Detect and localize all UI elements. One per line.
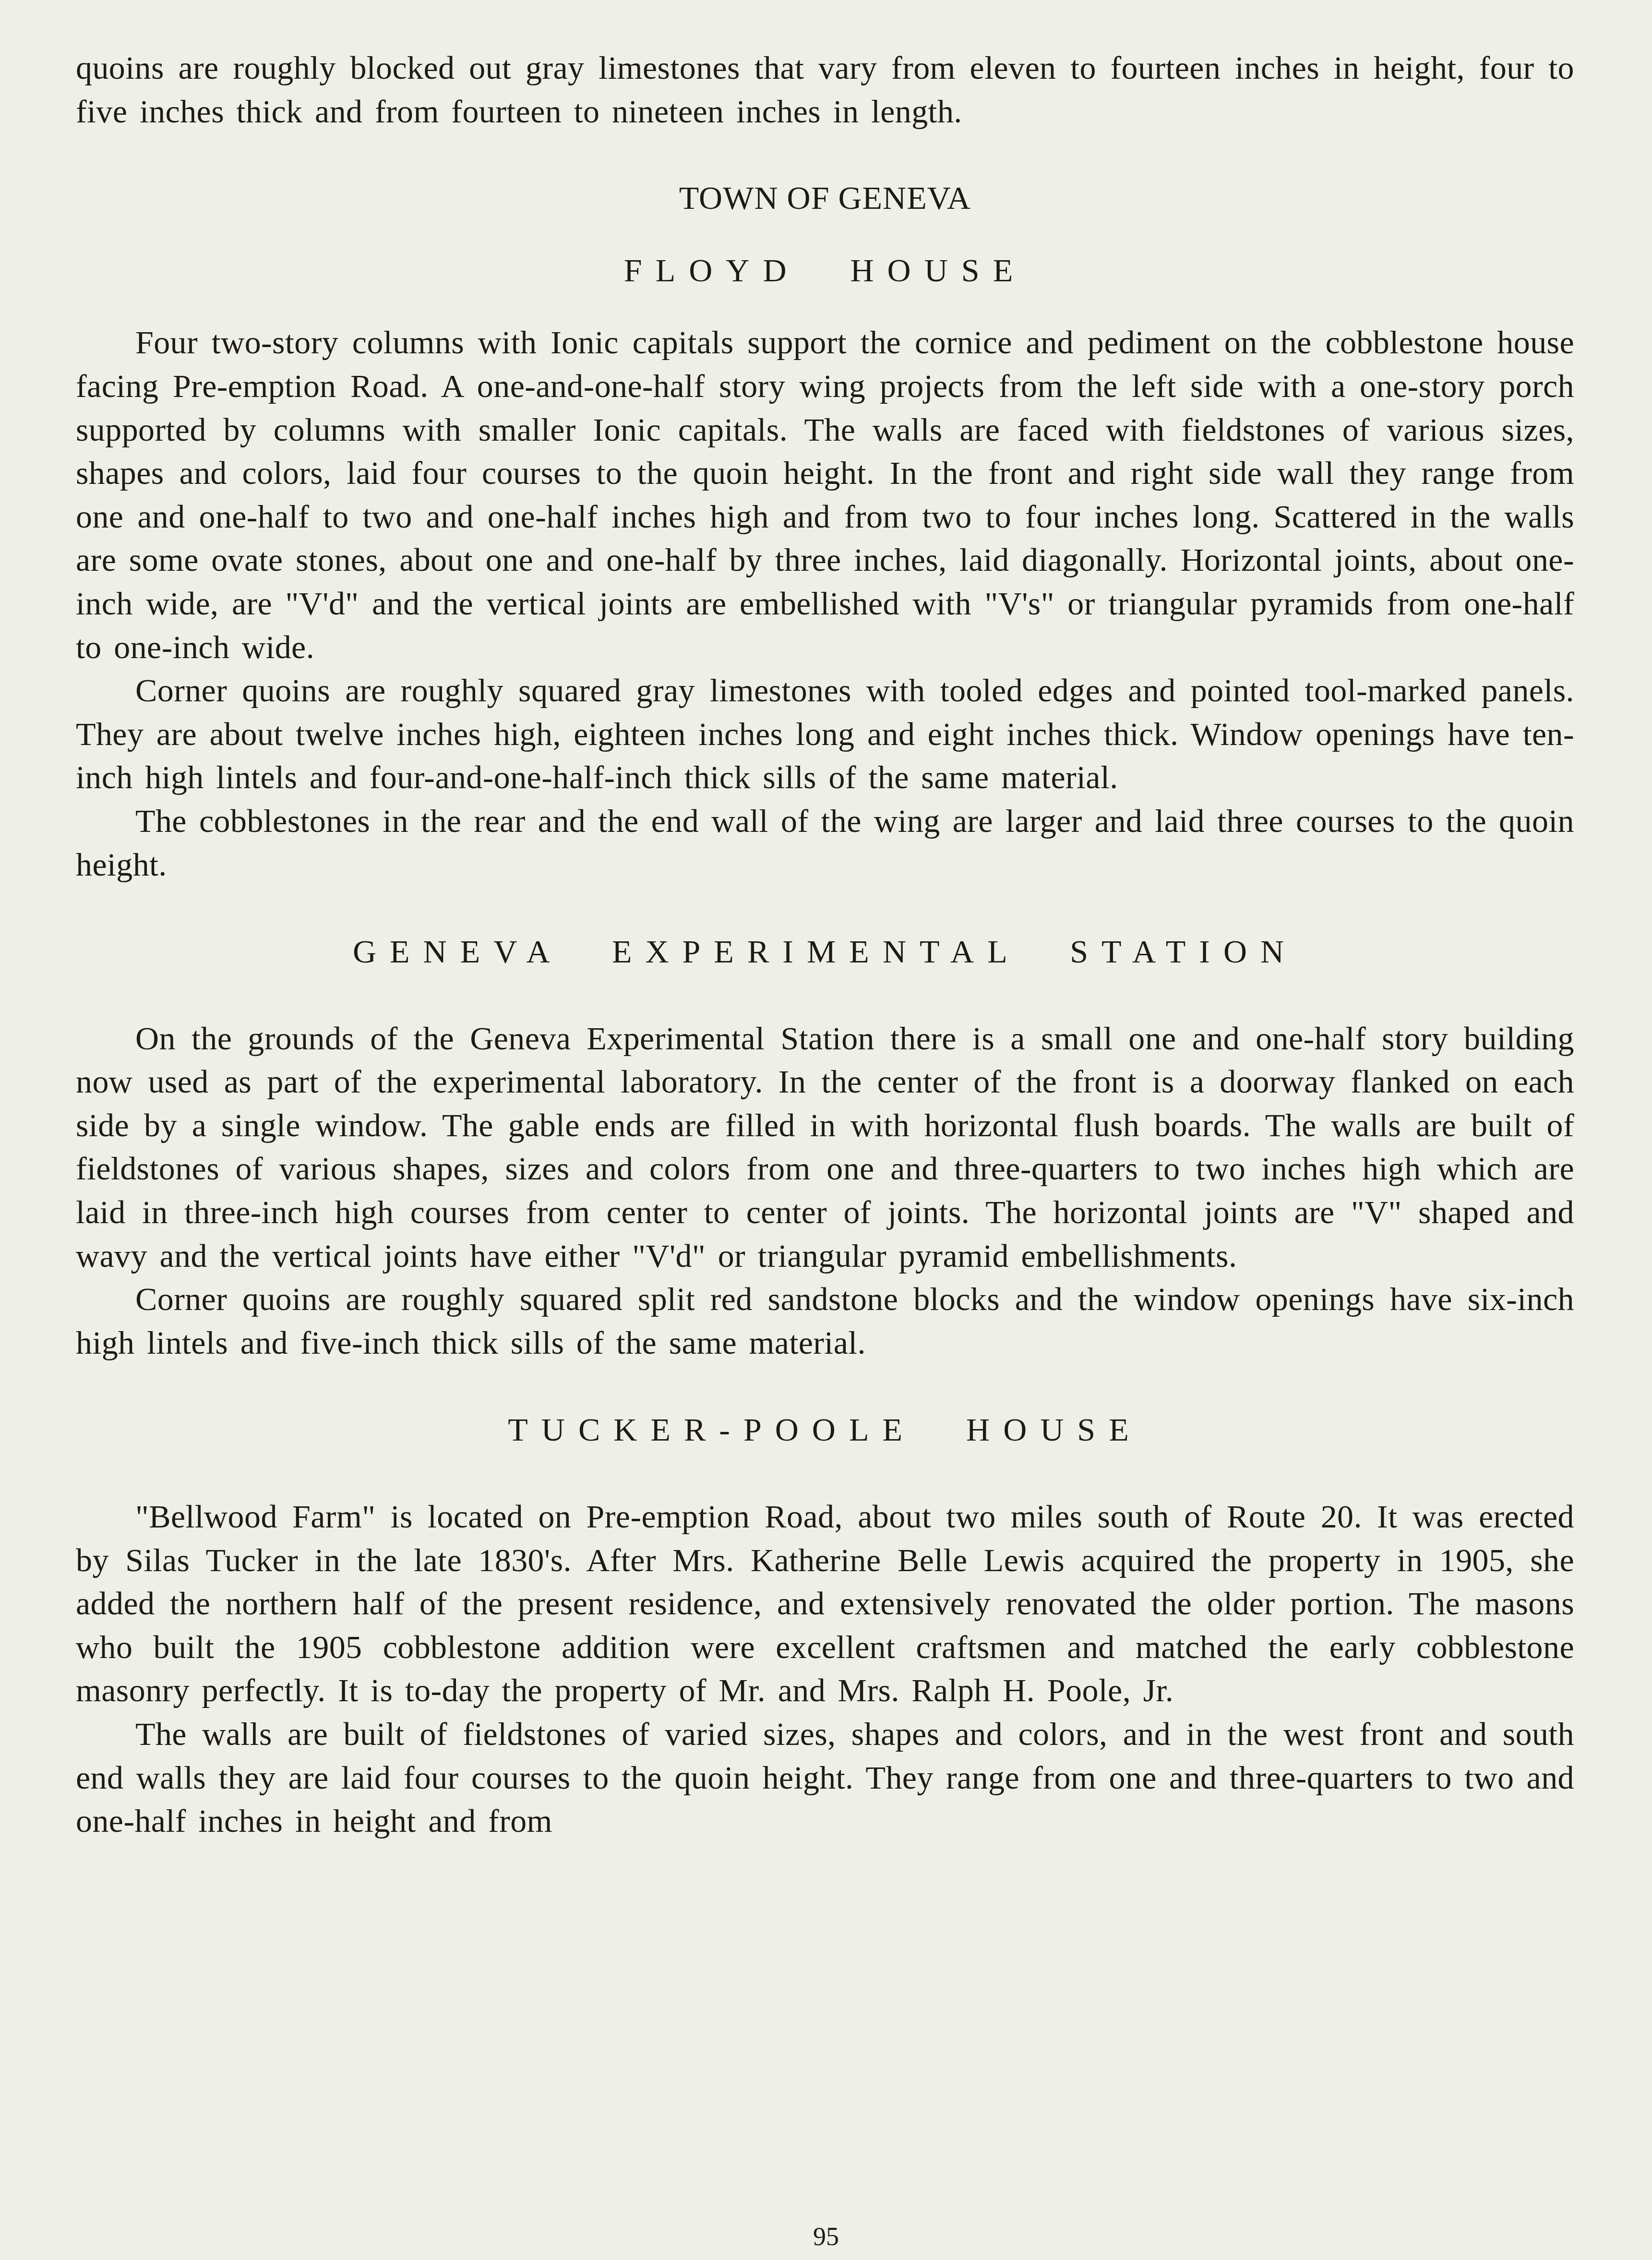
section-paragraph: "Bellwood Farm" is located on Pre-emptio… xyxy=(76,1495,1574,1712)
section-geneva-experimental-station: GENEVA EXPERIMENTAL STATION On the groun… xyxy=(76,930,1574,1364)
document-page: quoins are roughly blocked out gray lime… xyxy=(76,46,1574,1843)
section-title: GENEVA EXPERIMENTAL STATION xyxy=(76,930,1574,974)
section-paragraph: Corner quoins are roughly squared gray l… xyxy=(76,669,1574,799)
page-number: 95 xyxy=(0,2222,1652,2251)
section-floyd-house: FLOYD HOUSE Four two-story columns with … xyxy=(76,249,1574,886)
section-paragraph: The walls are built of fieldstones of va… xyxy=(76,1712,1574,1843)
intro-paragraph: quoins are roughly blocked out gray lime… xyxy=(76,46,1574,133)
section-paragraph: Corner quoins are roughly squared split … xyxy=(76,1277,1574,1364)
section-title: FLOYD HOUSE xyxy=(76,249,1574,292)
section-paragraph: On the grounds of the Geneva Experimenta… xyxy=(76,1017,1574,1278)
section-paragraph: The cobblestones in the rear and the end… xyxy=(76,799,1574,886)
town-heading: TOWN OF GENEVA xyxy=(76,176,1574,220)
section-tucker-poole-house: TUCKER-POOLE HOUSE "Bellwood Farm" is lo… xyxy=(76,1408,1574,1842)
section-paragraph: Four two-story columns with Ionic capita… xyxy=(76,321,1574,669)
section-title: TUCKER-POOLE HOUSE xyxy=(76,1408,1574,1452)
